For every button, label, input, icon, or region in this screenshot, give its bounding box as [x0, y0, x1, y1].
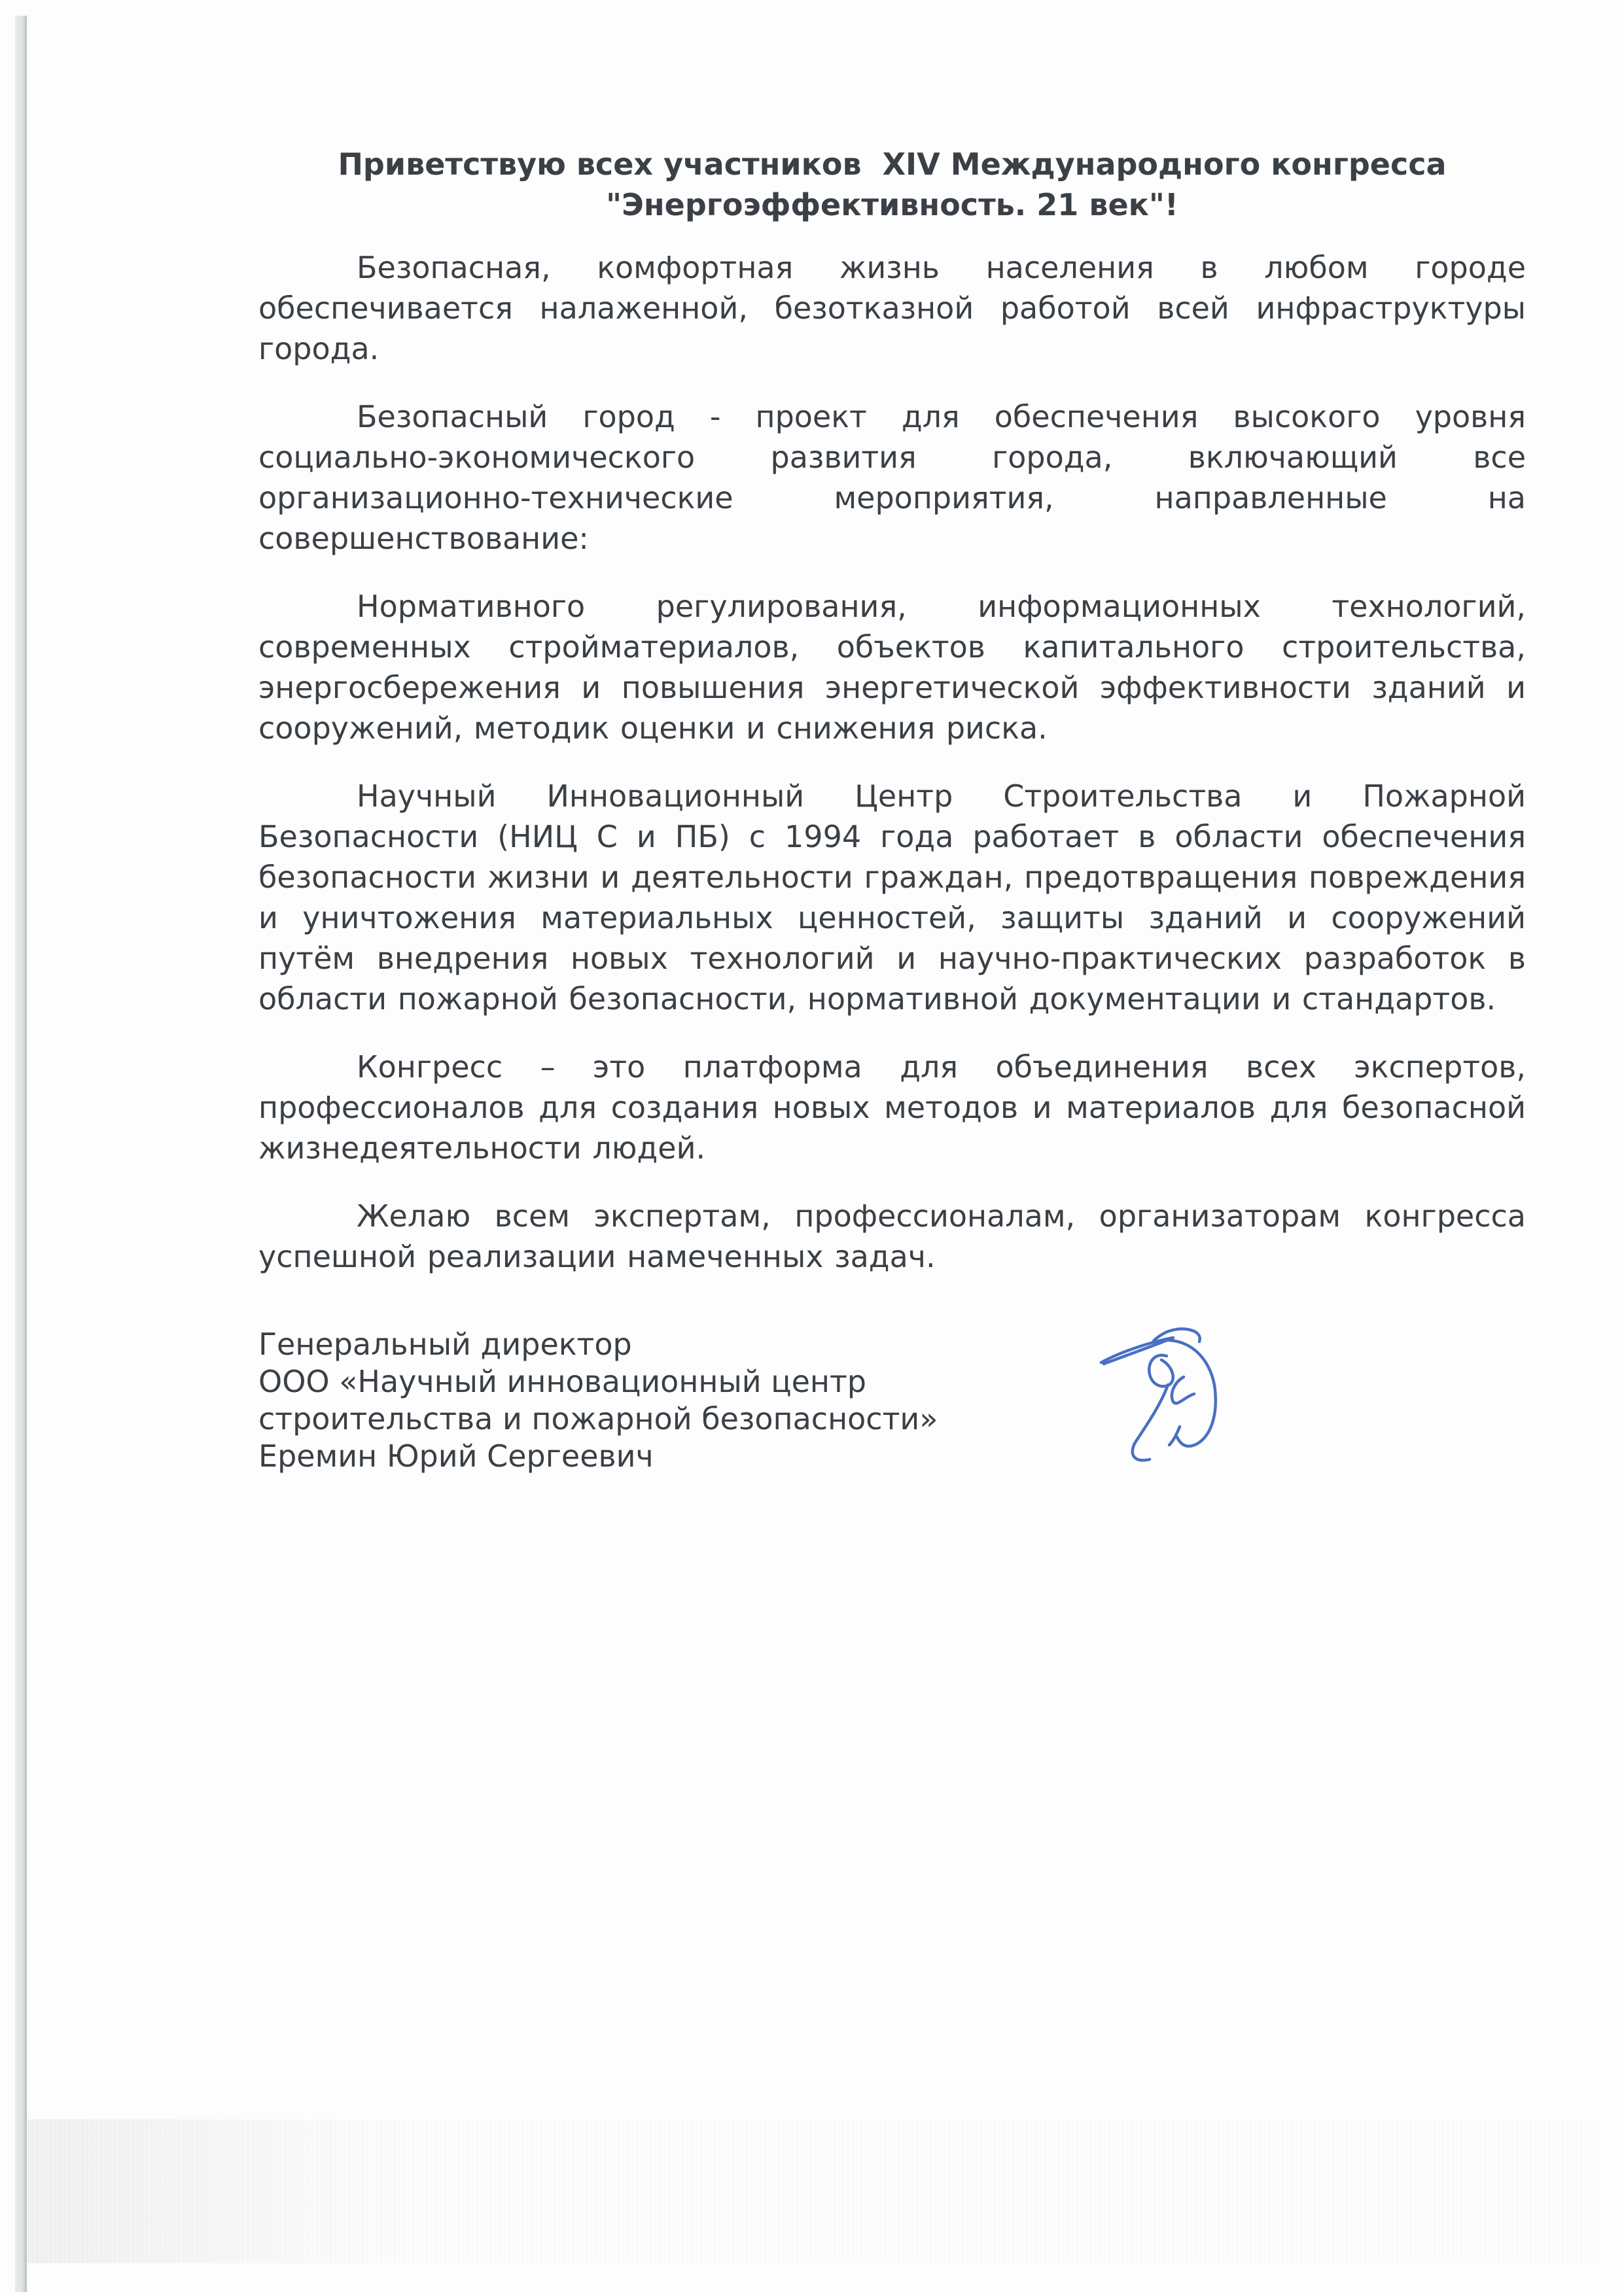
paragraph-safe-city: Безопасный город - проект для обеспечени… [258, 396, 1526, 559]
scan-edge-strip [15, 16, 27, 2292]
letter-body: Безопасная, комфортная жизнь населения в… [258, 247, 1526, 1304]
paragraph-wishes: Желаю всем экспертам, профессионалам, ор… [258, 1196, 1526, 1277]
handwritten-signature-icon [1096, 1312, 1233, 1462]
paragraph-nic-sipb: Научный Инновационный Центр Строительств… [258, 776, 1526, 1019]
signatory-organization-line-2: строительства и пожарной безопасности» [258, 1400, 938, 1438]
title-line-1: Приветствую всех участников XIV Междунар… [258, 144, 1526, 184]
paragraph-safe-life: Безопасная, комфортная жизнь населения в… [258, 247, 1526, 369]
paragraph-congress-platform: Конгресс – это платформа для объединения… [258, 1047, 1526, 1168]
signatory-block: Генеральный директор ООО «Научный иннова… [258, 1326, 938, 1475]
title-line-2: "Энергоэффективность. 21 век"! [258, 184, 1526, 225]
paragraph-regulation: Нормативного регулирования, информационн… [258, 586, 1526, 748]
signatory-organization-line-1: ООО «Научный инновационный центр [258, 1363, 938, 1400]
letter-title: Приветствую всех участников XIV Междунар… [258, 144, 1526, 225]
signatory-name: Еремин Юрий Сергеевич [258, 1438, 938, 1475]
scan-noise-artifact [27, 2119, 1598, 2263]
signatory-position: Генеральный директор [258, 1326, 938, 1363]
